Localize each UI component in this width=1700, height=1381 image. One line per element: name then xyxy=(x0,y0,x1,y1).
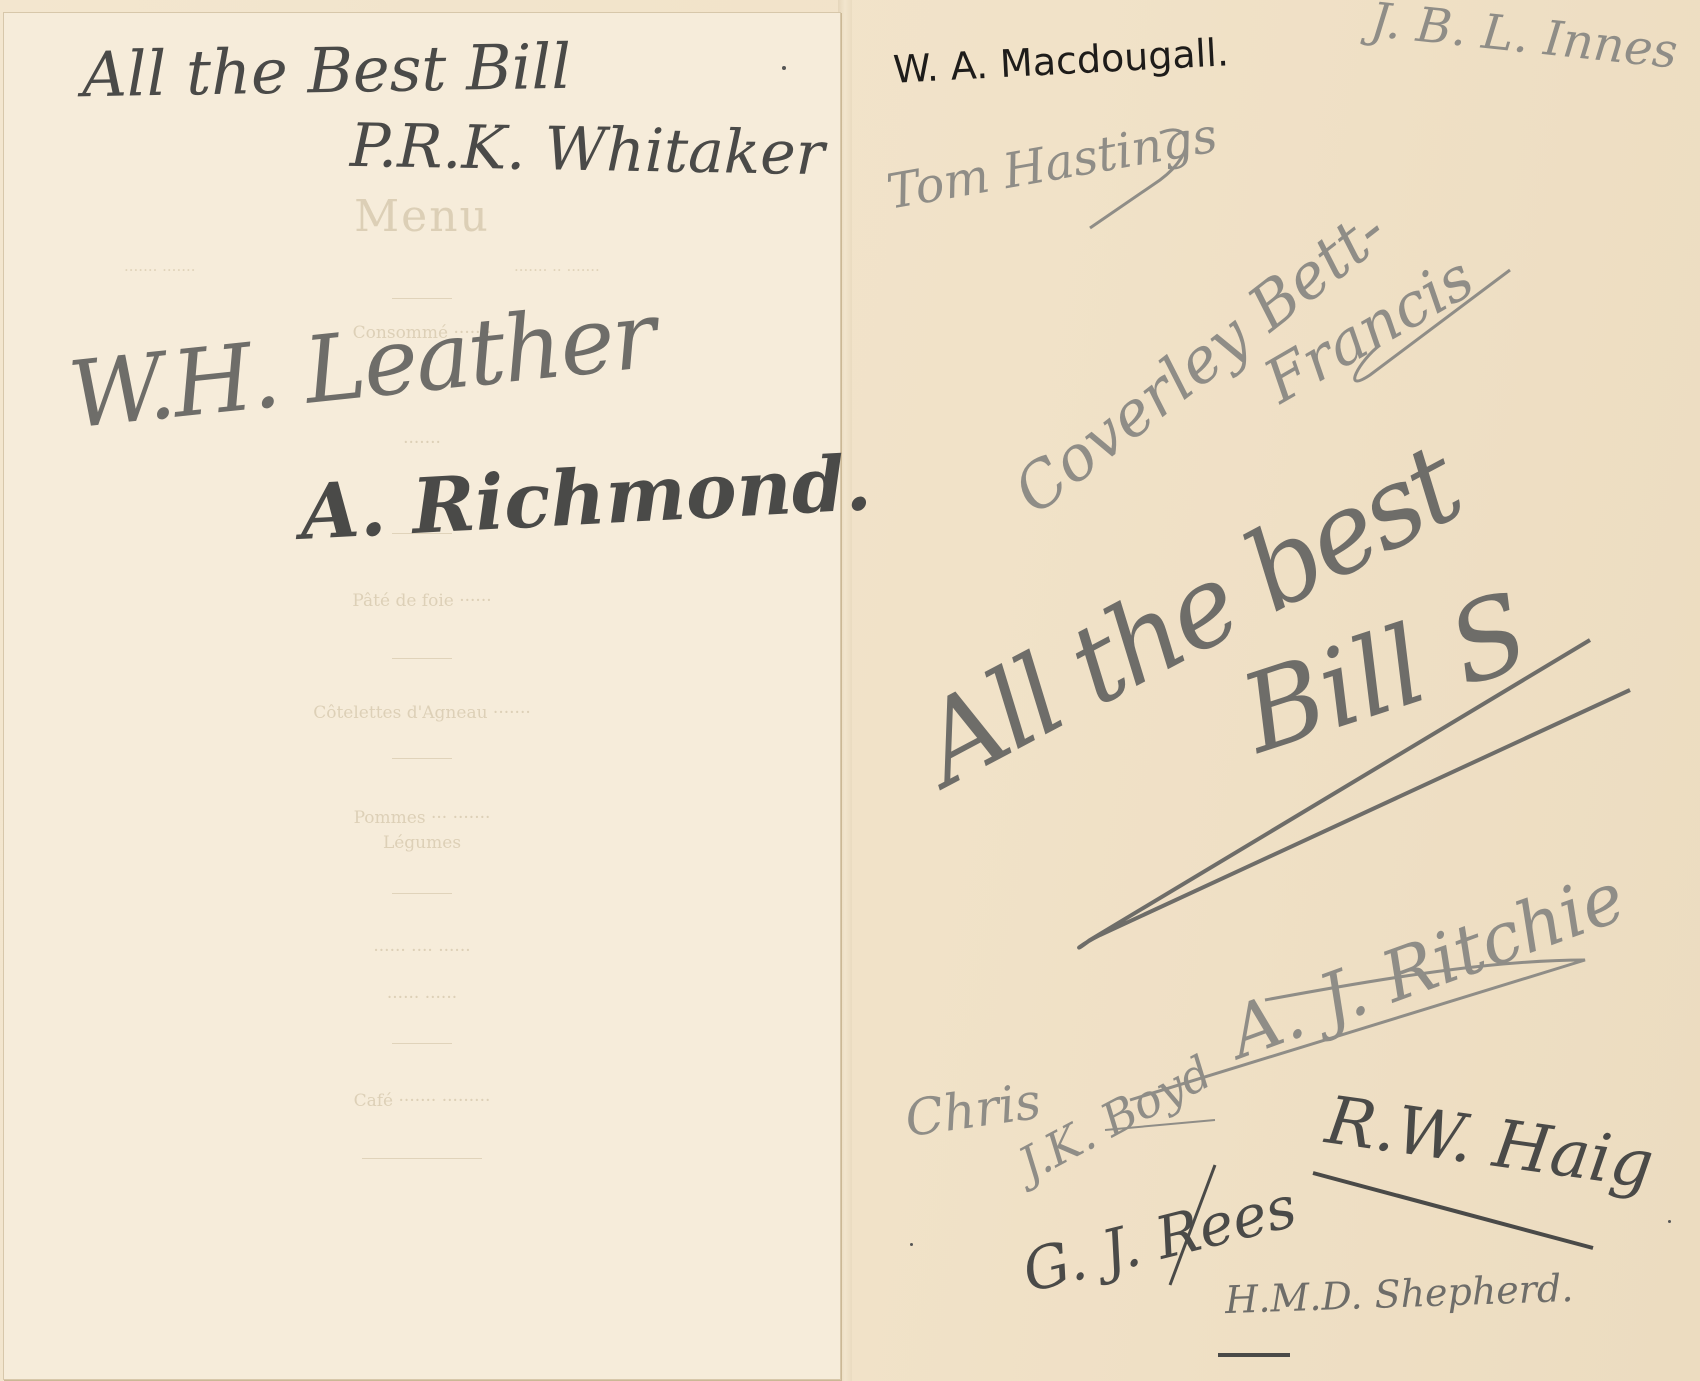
paper-speck xyxy=(1668,1220,1671,1223)
menu-course: ······ ······ xyxy=(4,988,840,1008)
menu-rule xyxy=(392,758,452,759)
menu-course: Légumes xyxy=(4,833,840,853)
menu-course: Pommes ··· ······· xyxy=(4,808,840,828)
menu-rule xyxy=(392,298,452,299)
signature-whitaker: P.R.K. Whitaker xyxy=(350,116,825,184)
paper-speck xyxy=(782,66,786,70)
signature-shepherd: H.M.D. Shepherd. xyxy=(1224,1269,1573,1319)
menu-header-left: ······· ······· xyxy=(124,261,196,279)
menu-course: Côtelettes d'Agneau ······· xyxy=(4,703,840,723)
printed-menu-show-through: Menu ······· ······· ······· ·· ······· … xyxy=(4,13,840,1379)
menu-rule xyxy=(392,1043,452,1044)
menu-course: Pâté de foie ······ xyxy=(4,591,840,611)
menu-header-right: ······· ·· ······· xyxy=(514,261,600,279)
paper-speck xyxy=(910,1243,913,1246)
menu-rule xyxy=(392,893,452,894)
menu-rule xyxy=(362,1158,482,1159)
inscription-dedication: All the Best Bill xyxy=(81,36,571,107)
menu-card: Menu ······· ······· ······· ·· ······· … xyxy=(3,12,841,1380)
menu-rule xyxy=(392,658,452,659)
menu-title: Menu xyxy=(4,191,840,242)
menu-course: Café ······· ········· xyxy=(4,1091,840,1111)
menu-course: ······ ···· ······ xyxy=(4,941,840,961)
